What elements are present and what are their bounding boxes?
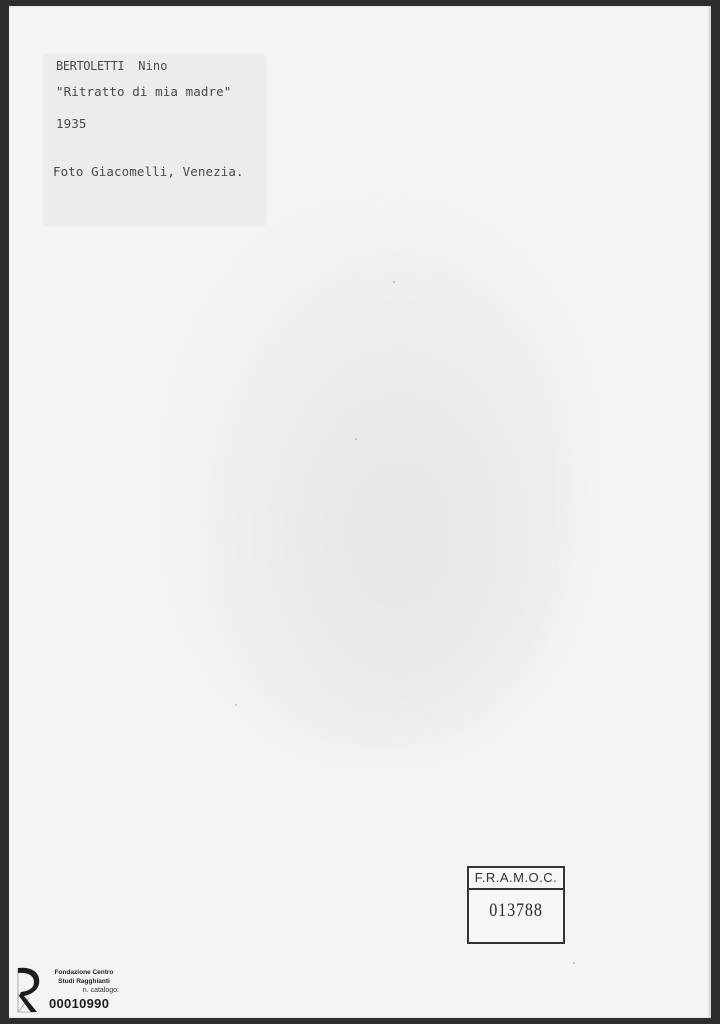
artwork-title: "Ritratto di mia madre" — [56, 84, 231, 99]
artist-surname: BERTOLETTI — [56, 59, 124, 73]
paper-speck — [573, 962, 575, 964]
ragghianti-r-logo-icon — [15, 964, 45, 1014]
framoc-stamp: F.R.A.M.O.C. 013788 — [467, 866, 565, 944]
paper-speck — [393, 281, 395, 283]
photo-verso-sheet: BERTOLETTINino "Ritratto di mia madre" 1… — [9, 6, 711, 1018]
paper-speck — [355, 438, 357, 440]
institution-line2: Studi Ragghianti — [49, 977, 119, 986]
typed-label: BERTOLETTINino "Ritratto di mia madre" 1… — [43, 54, 267, 226]
photo-credit: Foto Giacomelli, Venezia. — [53, 164, 244, 179]
show-through-shadow — [179, 216, 579, 746]
catalog-label: n. catalogo: — [49, 986, 119, 996]
artist-line: BERTOLETTINino — [56, 59, 168, 73]
stamp-number: 013788 — [476, 900, 556, 922]
catalog-number: 00010990 — [49, 996, 119, 1011]
artwork-year: 1935 — [56, 116, 87, 131]
artist-name: Nino — [138, 59, 167, 73]
scan-frame: BERTOLETTINino "Ritratto di mia madre" 1… — [0, 0, 720, 1024]
institution-block: Fondazione Centro Studi Ragghianti n. ca… — [49, 968, 119, 1011]
paper-speck — [235, 704, 237, 706]
stamp-header: F.R.A.M.O.C. — [469, 868, 563, 890]
institution-line1: Fondazione Centro — [49, 968, 119, 977]
